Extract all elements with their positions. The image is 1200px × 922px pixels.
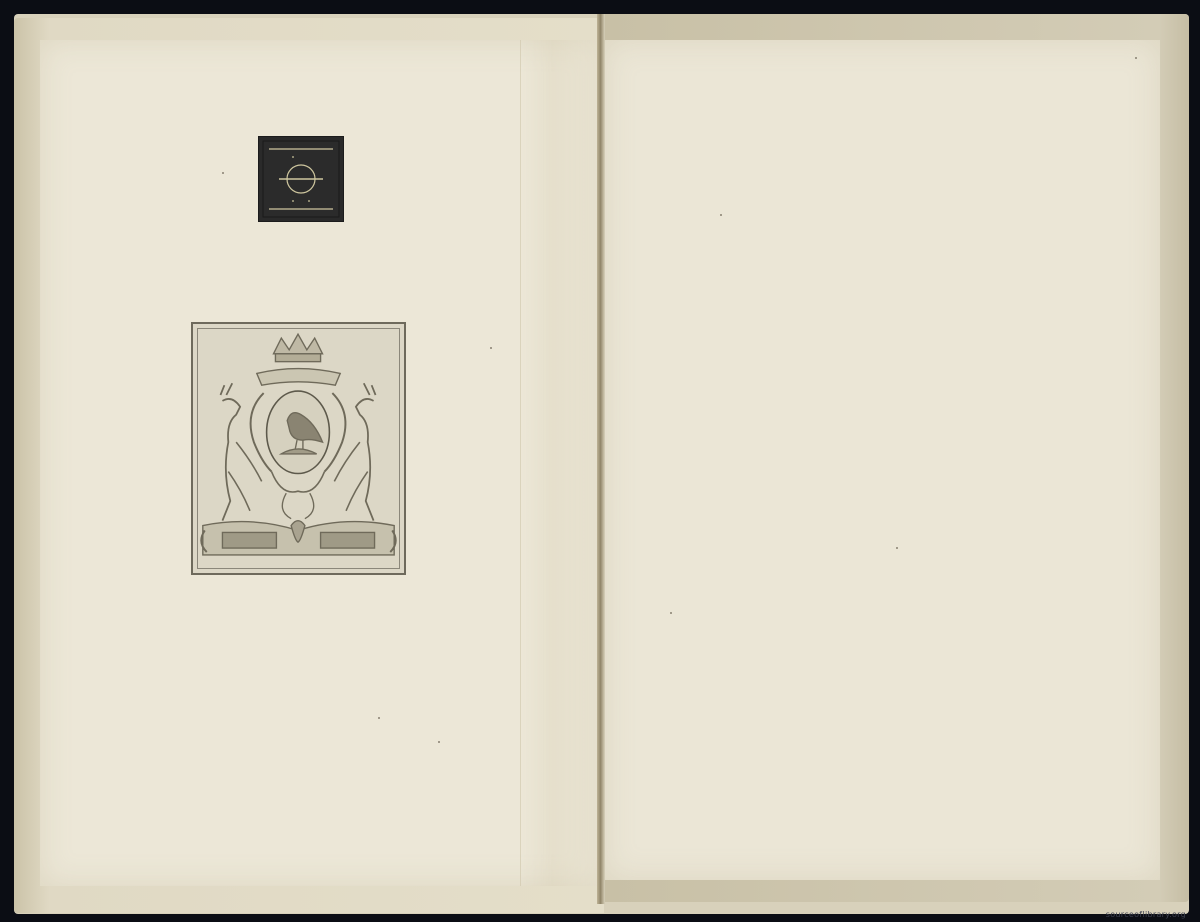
- library-stamp-icon: [259, 137, 343, 221]
- paper-speck: [720, 214, 722, 216]
- book-gutter: [597, 14, 605, 904]
- paper-speck: [1135, 57, 1137, 59]
- paper-speck: [438, 741, 440, 743]
- paper-speck: [378, 717, 380, 719]
- right-endpaper-page: [604, 40, 1160, 880]
- paper-speck: [896, 547, 898, 549]
- paper-speck: [222, 172, 224, 174]
- source-watermark: sourceoflibrary.org: [1106, 910, 1186, 919]
- paper-speck: [670, 612, 672, 614]
- paper-speck: [490, 347, 492, 349]
- pastedown-fold: [520, 40, 601, 886]
- heraldic-bookplate-icon: [191, 322, 406, 575]
